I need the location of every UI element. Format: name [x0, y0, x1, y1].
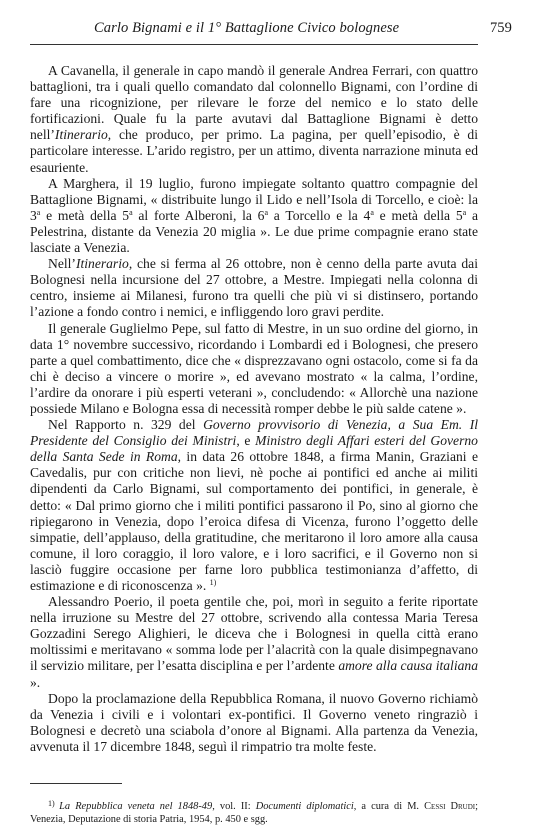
body-text: A Cavanella, il generale in capo mandò i…	[30, 63, 478, 755]
paragraph: A Marghera, il 19 luglio, furono impiega…	[30, 176, 478, 256]
header-rule	[30, 44, 478, 45]
footnotes: 1) La Repubblica veneta nel 1848-49, vol…	[30, 797, 478, 826]
paragraph: Alessandro Poerio, il poeta gentile che,…	[30, 594, 478, 691]
paragraph: Dopo la proclamazione della Repubblica R…	[30, 691, 478, 755]
paragraph: Nel Rapporto n. 329 del Governo provviso…	[30, 417, 478, 594]
page-number: 759	[490, 20, 512, 37]
footnote: 1) La Repubblica veneta nel 1848-49, vol…	[30, 797, 478, 826]
paragraph: A Cavanella, il generale in capo mandò i…	[30, 63, 478, 176]
paragraph: Nell’Itinerario, che si ferma al 26 otto…	[30, 256, 478, 320]
footnote-mark: 1)	[48, 799, 59, 808]
paragraph: Il generale Guglielmo Pepe, sul fatto di…	[30, 321, 478, 418]
running-head: Carlo Bignami e il 1° Battaglione Civico…	[30, 20, 520, 40]
footnote-rule	[30, 783, 122, 784]
running-head-title: Carlo Bignami e il 1° Battaglione Civico…	[94, 20, 399, 37]
